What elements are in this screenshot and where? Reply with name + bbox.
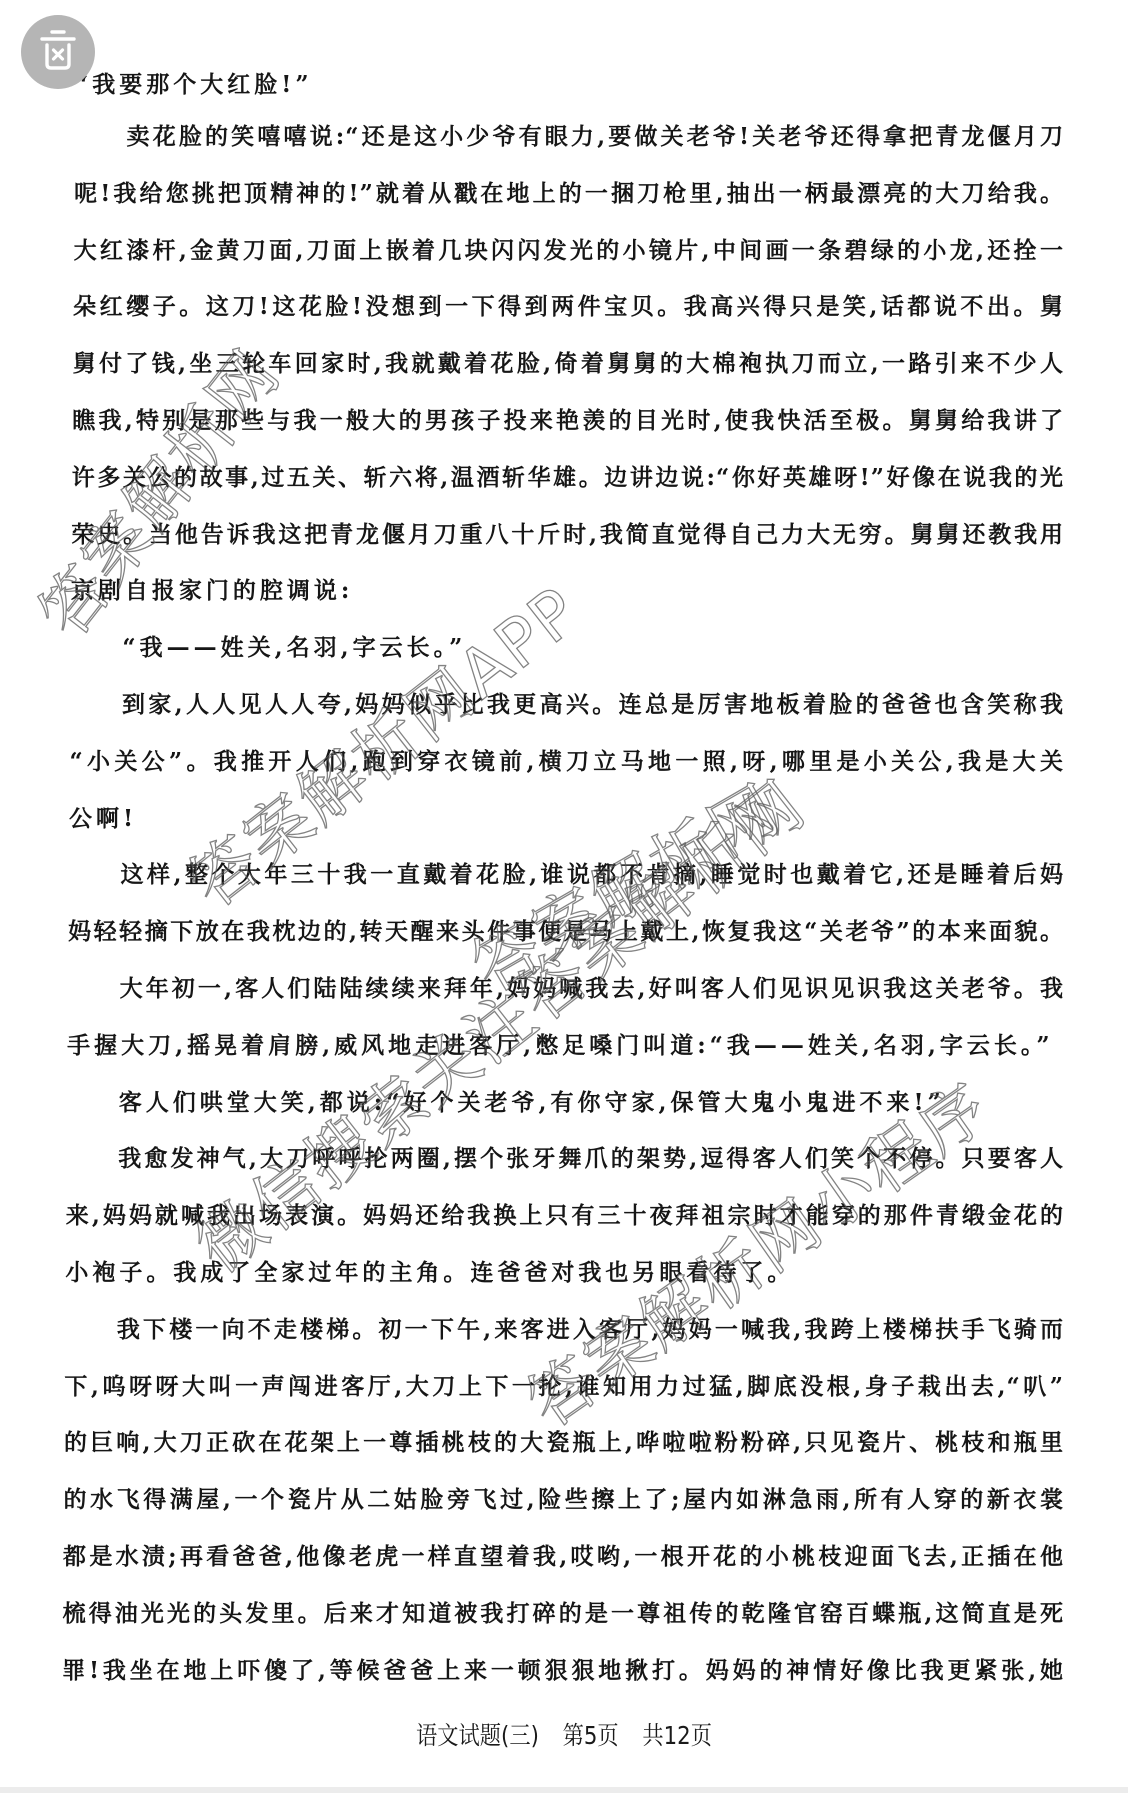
- text-line: 下,呜呀呀大叫一声闯进客厅,大刀上下一抡,谁知用力过猛,脚底没根,身子栽出去,“…: [64, 1370, 1064, 1404]
- text-line: 许多关公的故事,过五关、斩六将,温酒斩华雄。边讲边说:“你好英雄呀!”好像在说我…: [72, 461, 1064, 495]
- text-line: 我下楼一向不走楼梯。初一下午,来客进入客厅,妈妈一喊我,我跨上楼梯扶手飞骑而: [117, 1313, 1064, 1347]
- text-line: 卖花脸的笑嘻嘻说:“还是这小少爷有眼力,要做关老爷!关老爷还得拿把青龙偃月刀: [127, 120, 1064, 154]
- text-line: 呢!我给您挑把顶精神的!”就着从戳在地上的一捆刀枪里,抽出一柄最漂亮的大刀给我。: [74, 177, 1064, 211]
- delete-button[interactable]: [21, 15, 95, 89]
- text-line: 梳得油光光的头发里。后来才知道被我打碎的是一尊祖传的乾隆官窑百蝶瓶,这简直是死: [63, 1597, 1064, 1631]
- text-line: 的水飞得满屋,一个瓷片从二姑脸旁飞过,险些擦上了;屋内如淋急雨,所有人穿的新衣裳: [64, 1483, 1065, 1517]
- footer-total-pages: 共12页: [642, 1721, 712, 1750]
- text-line: 手握大刀,摇晃着肩膀,威风地走进客厅,憋足嗓门叫道:“我——姓关,名羽,字云长。…: [67, 1029, 1054, 1063]
- footer-page-number: 第5页: [563, 1721, 619, 1750]
- text-line: 妈轻轻摘下放在我枕边的,转天醒来头件事便是马上戴上,恢复我这“关老爷”的本来面貌…: [68, 915, 1064, 949]
- document-page: “我要那个大红脸!”卖花脸的笑嘻嘻说:“还是这小少爷有眼力,要做关老爷!关老爷还…: [0, 0, 1128, 1788]
- text-line: 客人们哄堂大笑,都说:“好个关老爷,有你守家,保管大鬼小鬼进不来!”: [119, 1086, 945, 1120]
- text-line: 瞧我,特别是那些与我一般大的男孩子投来艳羡的目光时,使我快活至极。舅舅给我讲了: [72, 404, 1064, 438]
- text-line: 大年初一,客人们陆陆续续来拜年,妈妈喊我去,好叫客人们见识见识我这关老爷。我: [120, 972, 1064, 1006]
- text-line: 这样,整个大年三十我一直戴着花脸,谁说都不肯摘,睡觉时也戴着它,还是睡着后妈: [121, 858, 1064, 892]
- footer-subject: 语文试题(三): [416, 1721, 539, 1750]
- text-line: 罪!我坐在地上吓傻了,等候爸爸上来一顿狠狠地揪打。妈妈的神情好像比我更紧张,她: [62, 1654, 1064, 1688]
- bottom-band: [0, 1787, 1128, 1793]
- text-line: 都是水渍;再看爸爸,他像老虎一样直望着我,哎哟,一根开花的小桃枝迎面飞去,正插在…: [63, 1540, 1064, 1574]
- text-line: “我——姓关,名羽,字云长。”: [122, 631, 466, 665]
- text-line: 舅付了钱,坐三轮车回家时,我就戴着花脸,倚着舅舅的大棉袍执刀而立,一路引来不少人: [73, 347, 1064, 381]
- trash-icon: [38, 28, 78, 76]
- text-line: 朵红缨子。这刀!这花脸!没想到一下得到两件宝贝。我高兴得只是笑,话都说不出。舅: [73, 290, 1064, 324]
- text-line: 荣史。当他告诉我这把青龙偃月刀重八十斤时,我简直觉得自己力大无穷。舅舅还教我用: [71, 518, 1064, 552]
- text-line: 京剧自报家门的腔调说:: [71, 574, 354, 608]
- text-line: “小关公”。我推开人们,跑到穿衣镜前,横刀立马地一照,呀,哪里是小关公,我是大关: [69, 745, 1064, 779]
- text-line: 小袍子。我成了全家过年的主角。连爸爸对我也另眼看待了。: [65, 1256, 794, 1290]
- text-line: 的巨响,大刀正砍在花架上一尊插桃枝的大瓷瓶上,哗啦啦粉粉碎,只见瓷片、桃枝和瓶里: [64, 1426, 1064, 1460]
- text-line: 公啊!: [69, 802, 137, 836]
- text-line: 我愈发神气,大刀呼呼抡两圈,摆个张牙舞爪的架势,逗得客人们笑个不停。只要客人: [118, 1142, 1064, 1176]
- text-line: 大红漆杆,金黄刀面,刀面上嵌着几块闪闪发光的小镜片,中间画一条碧绿的小龙,还拴一: [74, 234, 1064, 268]
- text-line: 到家,人人见人人夸,妈妈似乎比我更高兴。连总是厉害地板着脸的爸爸也含笑称我: [122, 688, 1064, 722]
- text-line: “我要那个大红脸!”: [75, 68, 313, 102]
- page-footer: 语文试题(三) 第5页 共12页: [85, 1716, 1044, 1752]
- text-line: 来,妈妈就喊我出场表演。妈妈还给我换上只有三十夜拜祖宗时才能穿的那件青缎金花的: [66, 1199, 1064, 1233]
